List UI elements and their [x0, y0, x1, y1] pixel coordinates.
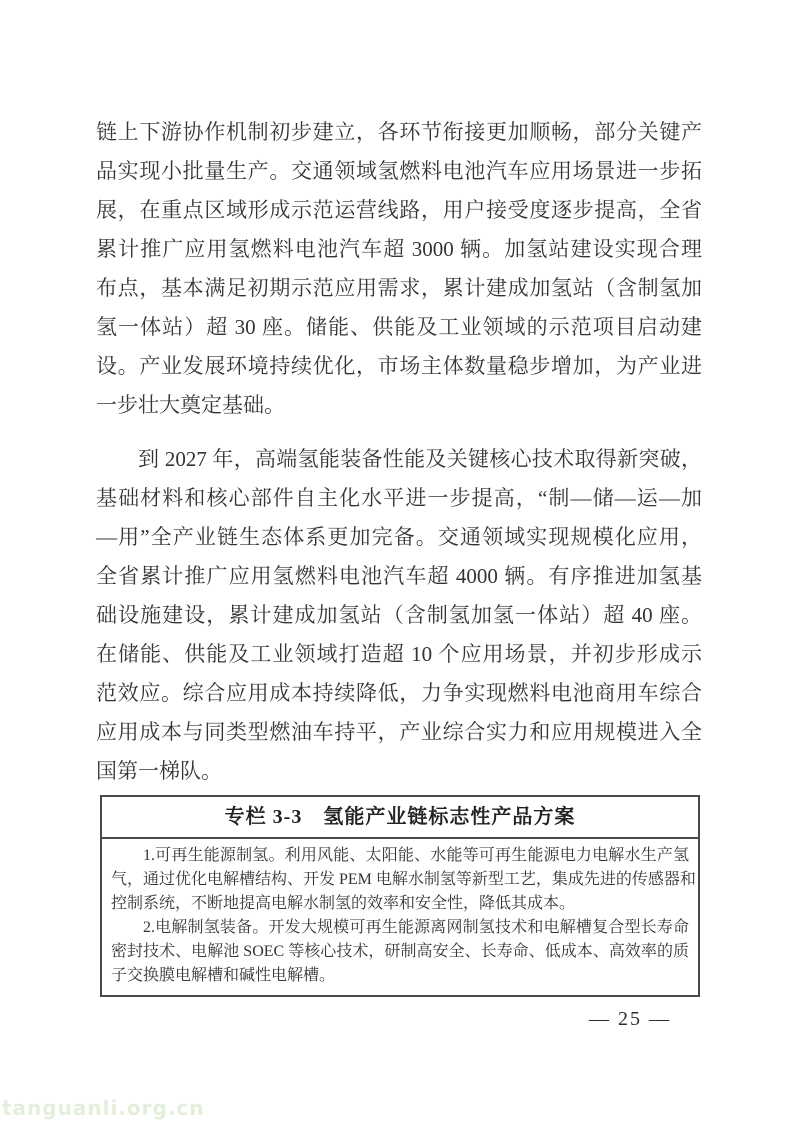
column-item-2-line: 密封技术、电解池 SOEC 等核心技术，研制高安全、长寿命、低成本、高效率的质: [111, 940, 689, 964]
paragraph-1: 链上下游协作机制初步建立，各环节衔接更加顺畅，部分关键产 品实现小批量生产。交通…: [96, 113, 702, 425]
paragraph-2-line: 范效应。综合应用成本持续降低，力争实现燃料电池商用车综合: [96, 674, 702, 713]
paragraph-2-line: 在储能、供能及工业领域打造超 10 个应用场景，并初步形成示: [96, 635, 702, 674]
column-box-body: 1.可再生能源制氢。利用风能、太阳能、水能等可再生能源电力电解水生产氢 气，通过…: [102, 839, 698, 995]
column-item-2-line: 2.电解制氢装备。开发大规模可再生能源离网制氢技术和电解槽复合型长寿命: [111, 916, 689, 940]
document-page: 链上下游协作机制初步建立，各环节衔接更加顺畅，部分关键产 品实现小批量生产。交通…: [0, 0, 794, 1123]
column-item-2-line: 子交换膜电解槽和碱性电解槽。: [111, 964, 689, 988]
paragraph-1-line: 氢一体站）超 30 座。储能、供能及工业领域的示范项目启动建: [96, 308, 702, 347]
paragraph-2-line: 国第一梯队。: [96, 752, 702, 791]
paragraph-2-line: 全省累计推广应用氢燃料电池汽车超 4000 辆。有序推进加氢基: [96, 557, 702, 596]
paragraph-1-line: 品实现小批量生产。交通领域氢燃料电池汽车应用场景进一步拓: [96, 152, 702, 191]
paragraph-2-line: 到 2027 年，高端氢能装备性能及关键核心技术取得新突破，: [96, 440, 702, 479]
paragraph-1-line: 累计推广应用氢燃料电池汽车超 3000 辆。加氢站建设实现合理: [96, 230, 702, 269]
column-item-1-line: 气，通过优化电解槽结构、开发 PEM 电解水制氢等新型工艺，集成先进的传感器和: [111, 868, 689, 892]
column-item-1-line: 1.可再生能源制氢。利用风能、太阳能、水能等可再生能源电力电解水生产氢: [111, 844, 689, 868]
feature-column-box: 专栏 3-3 氢能产业链标志性产品方案 1.可再生能源制氢。利用风能、太阳能、水…: [100, 795, 700, 997]
paragraph-1-line: 布点，基本满足初期示范应用需求，累计建成加氢站（含制氢加: [96, 269, 702, 308]
paragraph-1-line: 设。产业发展环境持续优化，市场主体数量稳步增加，为产业进: [96, 347, 702, 386]
page-number: — 25 —: [560, 1008, 700, 1031]
paragraph-1-line: 链上下游协作机制初步建立，各环节衔接更加顺畅，部分关键产: [96, 113, 702, 152]
paragraph-1-line: 一步壮大奠定基础。: [96, 386, 702, 425]
paragraph-2: 到 2027 年，高端氢能装备性能及关键核心技术取得新突破， 基础材料和核心部件…: [96, 440, 702, 791]
watermark-text: tanguanli.org.cn: [2, 1096, 205, 1120]
paragraph-2-line: 应用成本与同类型燃油车持平，产业综合实力和应用规模进入全: [96, 713, 702, 752]
paragraph-2-line: 础设施建设，累计建成加氢站（含制氢加氢一体站）超 40 座。: [96, 596, 702, 635]
column-box-title: 专栏 3-3 氢能产业链标志性产品方案: [102, 797, 698, 839]
column-item-1-line: 控制系统，不断地提高电解水制氢的效率和安全性，降低其成本。: [111, 892, 689, 916]
paragraph-2-line: 基础材料和核心部件自主化水平进一步提高，“制—储—运—加: [96, 479, 702, 518]
paragraph-1-line: 展，在重点区域形成示范运营线路，用户接受度逐步提高，全省: [96, 191, 702, 230]
paragraph-2-line: —用”全产业链生态体系更加完备。交通领域实现规模化应用，: [96, 518, 702, 557]
